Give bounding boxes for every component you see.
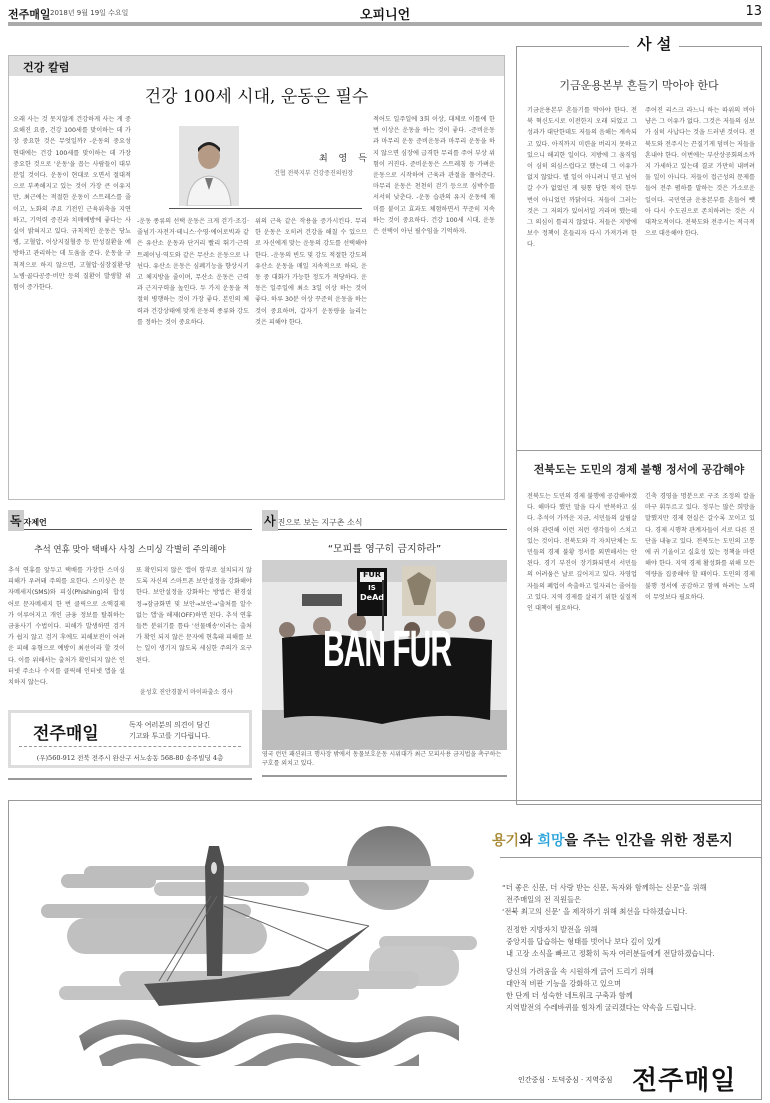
ad-line: 내 고장 소식을 빠르고 정확히 독자 여러분들에게 전달하겠습니다. xyxy=(506,948,715,960)
world-photo-tag: 사진으로 보는 지구촌 소식 xyxy=(262,510,507,530)
ad-motto: 인간중심 · 도덕중심 · 지역중심 xyxy=(518,1075,613,1085)
issue-date: 2018년 9월 19일 수요일 xyxy=(50,8,128,18)
author-rule xyxy=(169,208,362,209)
health-column: 건강 칼럼 건강 100세 시대, 운동은 필수 오래 사는 것 못지않게 건강… xyxy=(8,55,505,500)
ad-paragraph-2: 진정한 지방자치 발전을 위해 중앙지를 답습하는 형태를 벗어나 보다 깊이 … xyxy=(506,924,715,960)
ad-line: 지역발전의 수레바퀴를 힘차게 굴리겠다는 약속을 드립니다. xyxy=(506,1002,696,1014)
health-col-4: 적어도 일주일에 3회 이상, 대체로 이틀에 한 번 이상은 운동을 하는 것… xyxy=(373,114,495,494)
reader-title: 추석 연휴 맞아 택배사 사칭 스미싱 각별히 주의해야 xyxy=(8,543,252,555)
left-bottom-rule xyxy=(8,778,252,780)
protest-photo: BAN FUR FOREVER FUR IS DeAd xyxy=(262,560,507,750)
notice-logo: 전주매일 xyxy=(33,719,99,744)
world-photo-title: “모피를 영구히 금지하라” xyxy=(262,540,507,555)
author-name: 최 영 득 xyxy=(319,151,371,164)
reader-byline: 윤성호 진안경찰서 마이파출소 경사 xyxy=(140,687,233,696)
health-col-3: 위의 근육 같은 작용을 증가시킨다. 무리한 운동은 오히려 건강을 해칠 수… xyxy=(255,216,367,496)
sign-text-2: IS xyxy=(359,584,385,592)
submission-notice: 전주매일 독자 여러분의 의견이 담긴 기고와 투고를 기다립니다. (우)56… xyxy=(8,710,252,768)
notice-address: (우)560-912 전북 전주시 완산구 서노송동 568-80 송주빌딩 4… xyxy=(11,753,249,762)
ad-line: “더 좋은 신문, 더 사랑 받는 신문, 독자와 함께하는 신문”을 위해 xyxy=(502,882,707,894)
notice-divider xyxy=(19,746,241,747)
ad-paragraph-1: “더 좋은 신문, 더 사랑 받는 신문, 독자와 함께하는 신문”을 위해 전… xyxy=(502,882,707,918)
ad-line: 진정한 지방자치 발전을 위해 xyxy=(506,924,715,936)
sign-text-1: FUR xyxy=(359,570,385,580)
health-column-tag: 건강 칼럼 xyxy=(9,56,504,76)
editorial-box: 사 설 기금운용본부 흔들기 막아야 한다 기금운용본부 흔들기를 막아야 한다… xyxy=(516,46,762,451)
masthead-brand: 전주매일 xyxy=(8,6,51,22)
slogan-and: 와 xyxy=(519,833,537,849)
health-column-title: 건강 100세 시대, 운동은 필수 xyxy=(9,82,504,107)
editorial-1-col-1: 기금운용본부 흔들기를 막아야 한다. 전북 혁신도시로 이전한지 오래 되었고… xyxy=(527,105,637,445)
photo-caption: 영국 런던 패션위크 행사장 밖에서 동물보호운동 시위대가 최근 모피사용 금… xyxy=(262,750,507,768)
ad-paragraph-3: 당신의 가려움을 속 시원하게 긁어 드리기 위해 대안적 비판 기능을 강화하… xyxy=(506,966,696,1014)
ad-line: 당신의 가려움을 속 시원하게 긁어 드리기 위해 xyxy=(506,966,696,978)
editorial-title-1: 기금운용본부 흔들기 막아야 한다 xyxy=(517,77,761,93)
reader-tag-initial: 독 xyxy=(8,510,24,531)
section-title: 오피니언 xyxy=(360,4,410,23)
reader-tag-rest: 자제언 xyxy=(24,518,47,527)
reader-section-tag: 독자제언 xyxy=(8,510,252,530)
editorial-2-col-1: 전북도는 도민의 경제 불행에 공감해야겠다. 해마다 했던 말을 다시 반복하… xyxy=(527,491,637,796)
page-number: 13 xyxy=(745,4,762,19)
reader-col-2: 또 확인되지 않은 앱이 함부로 설치되지 않도록 자신의 스마트폰 보안설정을… xyxy=(136,565,252,677)
reader-col-1: 추석 연휴를 앞두고 택배를 가장한 스미싱 피해가 우려돼 주의를 요한다. … xyxy=(8,565,125,690)
health-col-2: -운동 종류의 선택 운동은 크게 걷기·조깅·줄넘기·자전거·테니스·수영·에… xyxy=(137,216,249,496)
editorial-tag: 사 설 xyxy=(629,33,679,54)
slogan-rest: 을 주는 인간을 위한 정론지 xyxy=(565,833,733,849)
header-rule xyxy=(8,22,762,26)
ad-line: 전주매일의 전 직원들은 xyxy=(502,894,707,906)
slogan-rule xyxy=(500,857,762,858)
photo-bottom-rule xyxy=(262,775,507,777)
notice-line-2: 기고와 투고를 기다립니다. xyxy=(129,731,210,742)
health-col-1: 오래 사는 것 못지않게 건강하게 사는 게 중요해진 요즘, 건강 100세를… xyxy=(13,114,131,494)
ad-line: 한 단계 더 성숙한 네트워크 구축과 함께 xyxy=(506,990,696,1002)
ad-logo: 전주매일 xyxy=(632,1060,736,1097)
slogan-courage: 용기 xyxy=(492,833,519,849)
author-photo xyxy=(179,126,239,206)
world-tag-initial: 사 xyxy=(262,510,278,531)
notice-line-1: 독자 여러분의 의견이 담긴 xyxy=(129,720,210,731)
author-title: 건협 전북지부 건강증진의원장 xyxy=(274,168,353,177)
ad-line: 중앙지를 답습하는 형태를 벗어나 보다 깊이 있게 xyxy=(506,936,715,948)
world-tag-rest: 진으로 보는 지구촌 소식 xyxy=(278,518,363,527)
banner-text: BAN FUR FOREVER xyxy=(284,591,490,750)
lighthouse-ship-illustration xyxy=(39,826,479,1066)
ad-slogan: 용기와 희망을 주는 인간을 위한 정론지 xyxy=(492,830,733,850)
ad-line: ‘전북 최고의 신문’ 을 제작하기 위해 최선을 다하겠습니다. xyxy=(502,906,707,918)
ad-line: 대안적 비판 기능을 강화하고 있으며 xyxy=(506,978,696,990)
editorial-title-2: 전북도는 도민의 경제 불행 정서에 공감해야 xyxy=(517,461,761,477)
slogan-hope: 희망 xyxy=(537,833,564,849)
person-icon xyxy=(179,126,239,206)
notice-text: 독자 여러분의 의견이 담긴 기고와 투고를 기다립니다. xyxy=(129,720,210,742)
sign-text-3: DeAd xyxy=(357,593,387,603)
editorial-1-col-2: 주어진 리스크 라느니 하는 따위의 비아냥은 그 이유가 없다. 그것은 저들… xyxy=(645,105,755,445)
editorial-2-col-2: 긴축 경영을 명분으로 구조 조정의 칼을 마구 휘두르고 있다. 정부는 많은… xyxy=(645,491,755,796)
editorial-box-2: 전북도는 도민의 경제 불행 정서에 공감해야 전북도는 도민의 경제 불행에 … xyxy=(516,451,762,805)
